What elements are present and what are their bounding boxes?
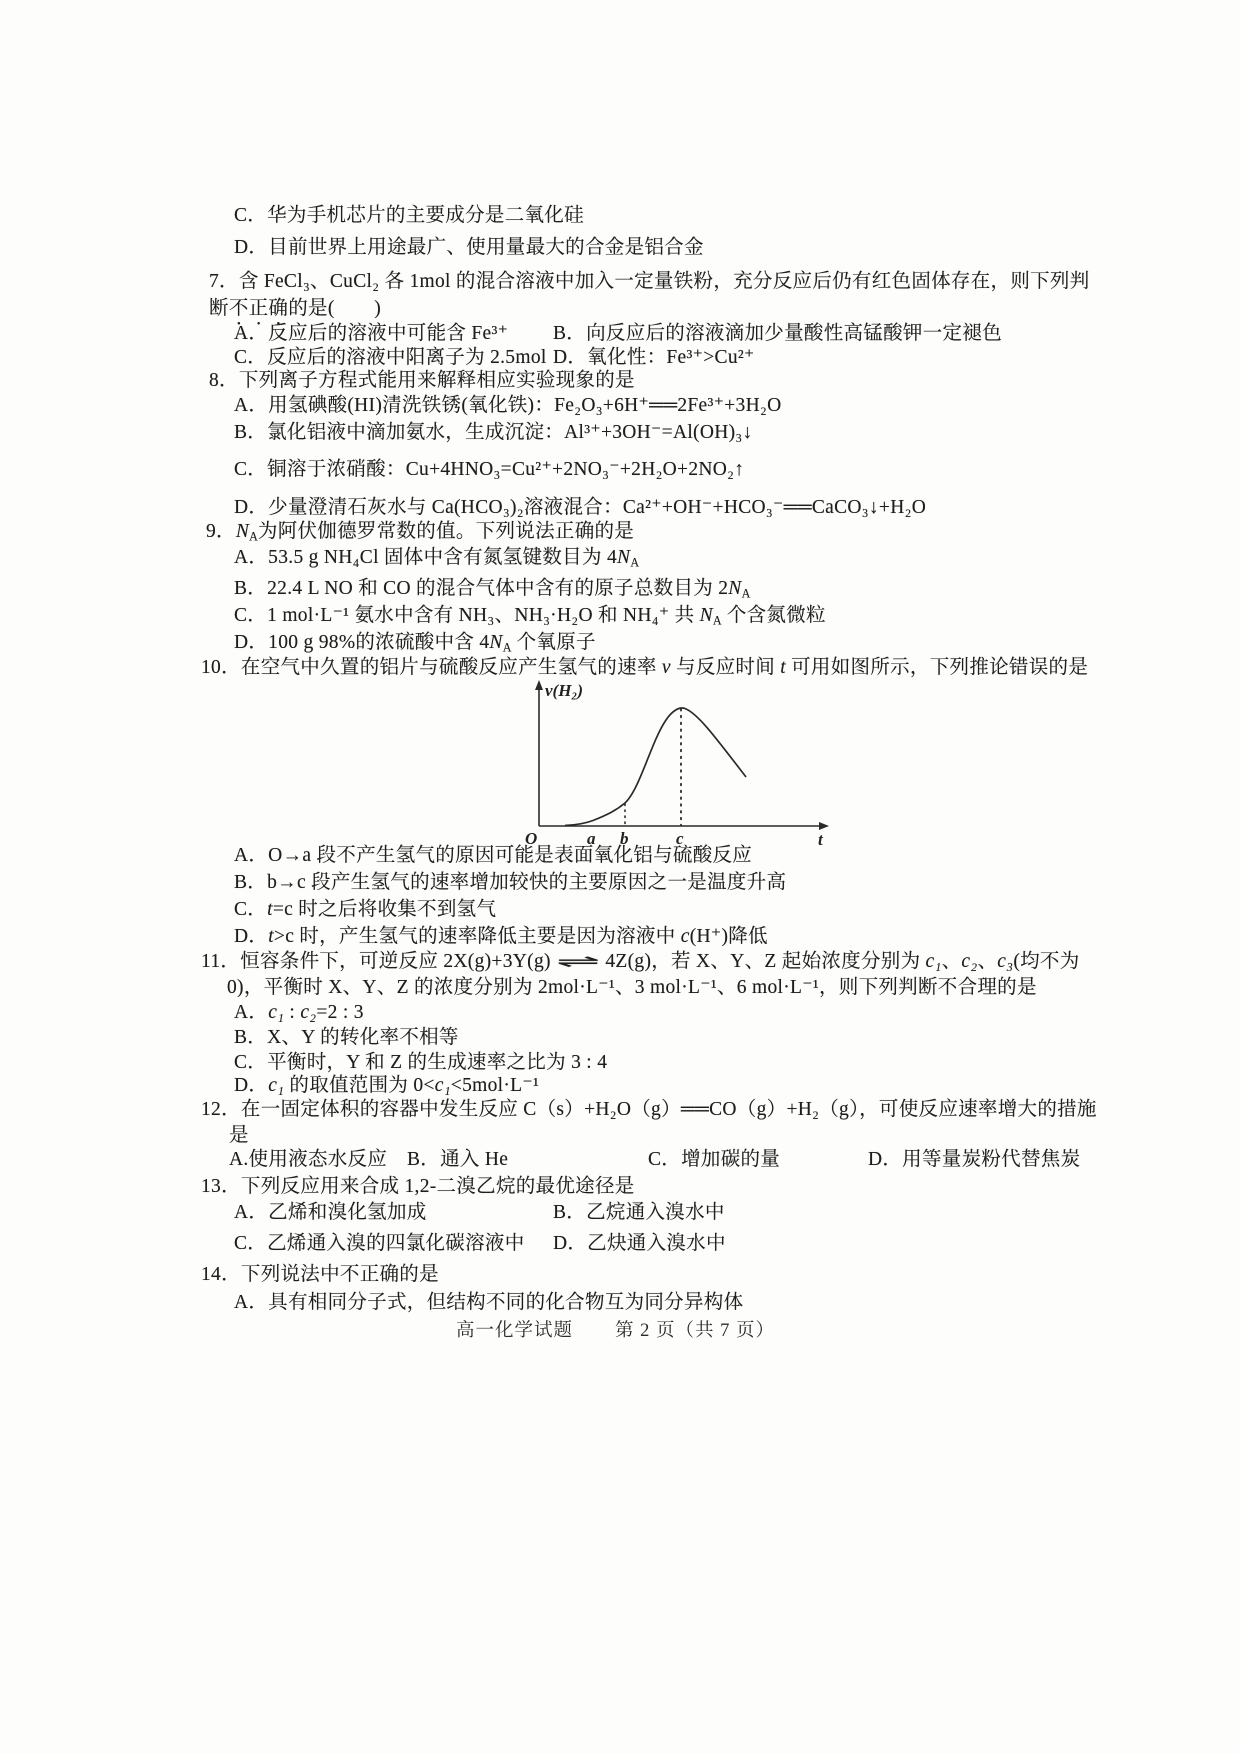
q10-rate-time-figure: v(H₂) O a b c t xyxy=(515,676,845,852)
q8-stem: 8．下列离子方程式能用来解释相应实验现象的是 xyxy=(209,369,635,393)
q13-option-c: C．乙烯通入溴的四氯化碳溶液中 xyxy=(234,1232,525,1256)
q7-stem-line1: 7．含 FeCl₃、CuCl₂ 各 1mol 的混合溶液中加入一定量铁粉，充分反… xyxy=(209,270,1090,294)
q14-stem: 14．下列说法中不正确的是 xyxy=(201,1263,439,1287)
q8-option-c: C．铜溶于浓硝酸：Cu+4HNO₃=Cu²⁺+2NO₃⁻+2H₂O+2NO₂↑ xyxy=(234,458,744,482)
figure-x-axis-label: t xyxy=(818,830,824,849)
q12-stem-line1: 12．在一固定体积的容器中发生反应 C（s）+H₂O（g）══CO（g）+H₂（… xyxy=(201,1098,1097,1122)
q12-stem-line2: 是 xyxy=(229,1124,249,1148)
prev-option-d: D．目前世界上用途最广、使用量最大的合金是铝合金 xyxy=(234,236,704,260)
q9-option-c: C．1 mol·L⁻¹ 氨水中含有 NH₃、NH₃·H₂O 和 NH₄⁺ 共 N… xyxy=(234,604,826,629)
q7-option-a: A．反应后的溶液中可能含 Fe³⁺ xyxy=(234,322,508,346)
page-footer: 高一化学试题第 2 页（共 7 页） xyxy=(456,1316,775,1342)
q10-option-a: A．O→a 段不产生氢气的原因可能是表面氧化铝与硫酸反应 xyxy=(234,844,752,868)
rate-curve xyxy=(565,708,746,825)
q8-option-b: B．氯化铝液中滴加氨水，生成沉淀：Al³⁺+3OH⁻=Al(OH)₃↓ xyxy=(234,421,753,445)
q13-option-d: D．乙炔通入溴水中 xyxy=(553,1232,726,1256)
footer-page-number: 第 2 页（共 7 页） xyxy=(615,1321,775,1341)
q7-option-c: C．反应后的溶液中阳离子为 2.5mol xyxy=(234,346,547,370)
q14-option-a: A．具有相同分子式，但结构不同的化合物互为同分异构体 xyxy=(234,1291,743,1315)
q11-stem-line2: 0)，平衡时 X、Y、Z 的浓度分别为 2mol·L⁻¹、3 mol·L⁻¹、6… xyxy=(227,976,1037,1000)
q7-option-d: D．氧化性：Fe³⁺>Cu²⁺ xyxy=(553,346,755,370)
q12-option-c: C．增加碳的量 xyxy=(648,1148,780,1172)
q9-option-b: B．22.4 L NO 和 CO 的混合气体中含有的原子总数目为 2NA xyxy=(234,577,750,602)
q11-option-a: A．c₁ : c₂=2 : 3 xyxy=(234,1001,364,1025)
figure-y-axis-label: v(H₂) xyxy=(545,681,583,700)
q9-option-d: D．100 g 98%的浓硫酸中含 4NA 个氧原子 xyxy=(234,631,596,656)
q9-stem: 9．NA为阿伏伽德罗常数的值。下列说法正确的是 xyxy=(206,520,634,545)
prev-option-c: C．华为手机芯片的主要成分是二氧化硅 xyxy=(234,204,584,228)
q12-option-b: B．通入 He xyxy=(407,1148,508,1172)
exam-page: C．华为手机芯片的主要成分是二氧化硅 D．目前世界上用途最广、使用量最大的合金是… xyxy=(0,0,1240,1754)
q8-option-d: D．少量澄清石灰水与 Ca(HCO₃)₂溶液混合：Ca²⁺+OH⁻+HCO₃⁻═… xyxy=(234,496,926,520)
q8-option-a: A．用氢碘酸(HI)清洗铁锈(氧化铁)：Fe₂O₃+6H⁺══2Fe³⁺+3H₂… xyxy=(234,394,781,418)
q11-option-b: B．X、Y 的转化率不相等 xyxy=(234,1026,459,1050)
footer-doc-title: 高一化学试题 xyxy=(456,1321,573,1341)
q11-option-c: C．平衡时，Y 和 Z 的生成速率之比为 3 : 4 xyxy=(234,1051,607,1075)
q7-option-b: B．向反应后的溶液滴加少量酸性高锰酸钾一定褪色 xyxy=(553,322,1002,346)
q13-stem: 13．下列反应用来合成 1,2-二溴乙烷的最优途径是 xyxy=(201,1175,635,1199)
x-axis-arrow-icon xyxy=(819,822,829,830)
q10-option-d: D．t>c 时，产生氢气的速率降低主要是因为溶液中 c(H⁺)降低 xyxy=(234,925,768,949)
q12-option-d: D．用等量炭粉代替焦炭 xyxy=(868,1148,1080,1172)
q11-option-d: D．c₁ 的取值范围为 0<c₁<5mol·L⁻¹ xyxy=(234,1074,539,1098)
q10-option-b: B．b→c 段产生氢气的速率增加较快的主要原因之一是温度升高 xyxy=(234,871,786,895)
q9-option-a: A．53.5 g NH₄Cl 固体中含有氮氢键数目为 4NA xyxy=(234,546,639,571)
y-axis-arrow-icon xyxy=(535,680,543,690)
q13-option-b: B．乙烷通入溴水中 xyxy=(553,1201,725,1225)
q11-stem-line1: 11．恒容条件下，可逆反应 2X(g)+3Y(g)⇌4Z(g)，若 X、Y、Z … xyxy=(201,950,1080,974)
q13-option-a: A．乙烯和溴化氢加成 xyxy=(234,1201,427,1225)
q10-option-c: C．t=c 时之后将收集不到氢气 xyxy=(234,898,496,922)
q12-option-a: A.使用液态水反应 xyxy=(229,1148,387,1172)
